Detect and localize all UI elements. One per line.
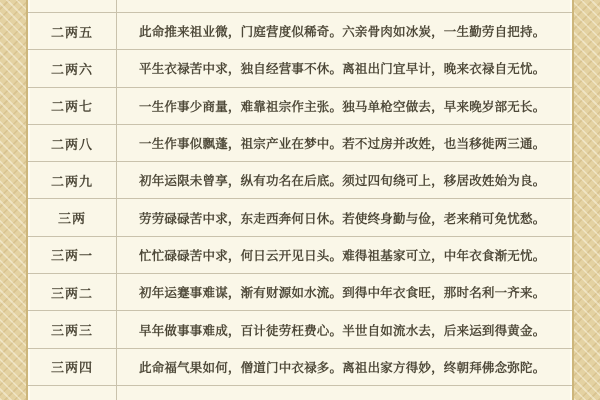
weight-cell: 二两八: [28, 125, 117, 161]
weight-cell: 二两六: [28, 50, 117, 86]
page-background: 二两五 此命推来祖业微，门庭营度似稀奇。六亲骨肉如冰炭，一生勤劳自把持。 二两六…: [0, 0, 600, 400]
table-row: 三两 劳劳碌碌苦中求，东走西奔何日休。若使终身勤与俭，老来稍可免忧愁。: [28, 198, 572, 235]
table-row-partial-bottom: [28, 385, 572, 400]
weight-cell: 三两: [28, 199, 117, 235]
verse-cell: 此命推来祖业微，门庭营度似稀奇。六亲骨肉如冰炭，一生勤劳自把持。: [117, 13, 572, 49]
table-row: 三两一 忙忙碌碌苦中求，何日云开见日头。难得祖基家可立，中年衣食渐无忧。: [28, 236, 572, 273]
verse-cell: 忙忙碌碌苦中求，何日云开见日头。难得祖基家可立，中年衣食渐无忧。: [117, 237, 572, 273]
verse-cell: 此命福气果如何，僧道门中衣禄多。离祖出家方得妙，终朝拜佛念弥陀。: [117, 349, 572, 385]
table-row: 三两四 此命福气果如何，僧道门中衣禄多。离祖出家方得妙，终朝拜佛念弥陀。: [28, 348, 572, 385]
verse-cell: 一生作事少商量，难靠祖宗作主张。独马单枪空做去，早来晚岁部无长。: [117, 88, 572, 124]
verse-cell: 一生作事似飘蓬，祖宗产业在梦中。若不过房并改姓，也当移徙两三通。: [117, 125, 572, 161]
table-row-partial-top: [28, 0, 572, 12]
table-row: 三两三 早年做事事难成，百计徒劳枉费心。半世自如流水去，后来运到得黄金。: [28, 310, 572, 347]
weight-cell: 二两九: [28, 162, 117, 198]
table-row: 三两二 初年运蹇事难谋，渐有财源如水流。到得中年衣食旺，那时名利一齐来。: [28, 273, 572, 310]
weight-cell: 二两七: [28, 88, 117, 124]
verse-cell-empty: [117, 0, 572, 12]
table-row: 二两八 一生作事似飘蓬，祖宗产业在梦中。若不过房并改姓，也当移徙两三通。: [28, 124, 572, 161]
table-row: 二两六 平生衣禄苦中求，独自经营事不休。离祖出门宜早计，晚来衣禄自无忧。: [28, 49, 572, 86]
weight-cell-empty: [28, 0, 117, 12]
table-row: 二两九 初年运限未曾享，纵有功名在后底。须过四旬绕可上，移居改姓始为良。: [28, 161, 572, 198]
verse-cell: 早年做事事难成，百计徒劳枉费心。半世自如流水去，后来运到得黄金。: [117, 311, 572, 347]
table-row: 二两七 一生作事少商量，难靠祖宗作主张。独马单枪空做去，早来晚岁部无长。: [28, 87, 572, 124]
weight-cell: 三两一: [28, 237, 117, 273]
verse-cell: 初年运限未曾享，纵有功名在后底。须过四旬绕可上，移居改姓始为良。: [117, 162, 572, 198]
fortune-table: 二两五 此命推来祖业微，门庭营度似稀奇。六亲骨肉如冰炭，一生勤劳自把持。 二两六…: [26, 0, 574, 400]
verse-cell-empty: [117, 386, 572, 400]
weight-cell: 三两四: [28, 349, 117, 385]
verse-cell: 初年运蹇事难谋，渐有财源如水流。到得中年衣食旺，那时名利一齐来。: [117, 274, 572, 310]
weight-cell: 三两二: [28, 274, 117, 310]
verse-cell: 劳劳碌碌苦中求，东走西奔何日休。若使终身勤与俭，老来稍可免忧愁。: [117, 199, 572, 235]
verse-cell: 平生衣禄苦中求，独自经营事不休。离祖出门宜早计，晚来衣禄自无忧。: [117, 50, 572, 86]
weight-cell: 二两五: [28, 13, 117, 49]
table-row: 二两五 此命推来祖业微，门庭营度似稀奇。六亲骨肉如冰炭，一生勤劳自把持。: [28, 12, 572, 49]
weight-cell: 三两三: [28, 311, 117, 347]
weight-cell-empty: [28, 386, 117, 400]
